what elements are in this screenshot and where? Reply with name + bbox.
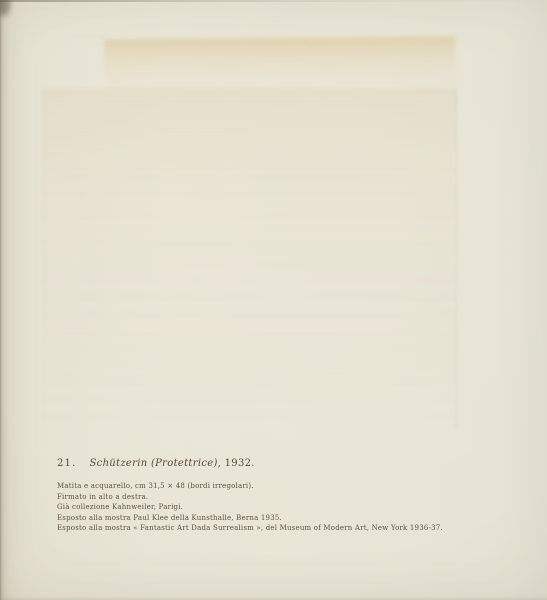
detail-exhibition-1: Esposto alla mostra Paul Klee della Kuns…	[57, 513, 443, 524]
book-page: 21.Schützerin (Protettrice), 1932. Matit…	[0, 0, 547, 600]
detail-provenance: Già collezione Kahnweiler, Parigi.	[57, 502, 443, 513]
artwork-title: Schützerin (Protettrice)	[90, 458, 218, 469]
page-top-edge-shadow	[0, 0, 547, 2]
catalog-number: 21.	[57, 458, 77, 469]
entry-title-line: 21.Schützerin (Protettrice), 1932.	[57, 458, 443, 470]
page-bottom-edge-shadow	[0, 596, 547, 600]
binding-gutter-shadow	[0, 0, 26, 600]
detail-medium-dimensions: Matita e acquarello, cm 31,5 × 48 (bordi…	[57, 481, 443, 492]
entry-details: Matita e acquarello, cm 31,5 × 48 (bordi…	[57, 481, 443, 534]
catalog-entry: 21.Schützerin (Protettrice), 1932. Matit…	[57, 458, 443, 534]
artwork-year: , 1932.	[218, 458, 255, 469]
detail-signature: Firmato in alto a destra.	[57, 492, 443, 503]
plate-offset-stain-area	[42, 88, 457, 429]
detail-exhibition-2: Esposto alla mostra « Fantastic Art Dada…	[57, 523, 443, 534]
